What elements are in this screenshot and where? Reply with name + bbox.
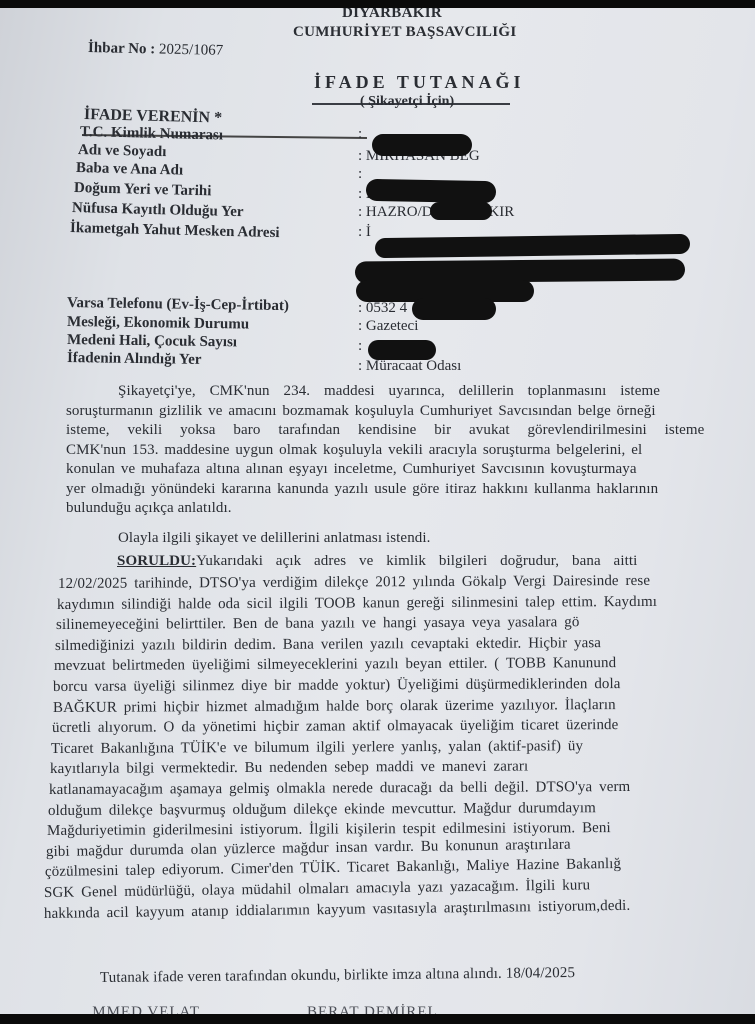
document-page: DİYARBAKIR CUMHURİYET BAŞSAVCILIĞI İhbar… xyxy=(0,8,755,1014)
field-label: T.C. Kimlik Numarası xyxy=(80,124,223,144)
statement-line: kayıtlarıyla bilgi vermektedir. Bu neden… xyxy=(50,759,528,779)
statement-line: olduğum dilekçe başvurmuş olduğum dilekç… xyxy=(48,800,596,820)
rights-line: yer olmadığı yönündeki kararına kanunda … xyxy=(66,481,658,498)
field-value: : xyxy=(358,126,362,143)
ihbar-value: 2025/1067 xyxy=(159,41,223,58)
field-label: Mesleği, Ekonomik Durumu xyxy=(67,314,249,334)
statement-line: SGK Genel müdürlüğü, olaya müdahil olmal… xyxy=(44,877,590,902)
ihbar-number: İhbar No : 2025/1067 xyxy=(88,40,223,60)
document-subtitle: ( Şikayetçi İçin) xyxy=(360,94,454,110)
signature-name-2: BERAT DEMİREL xyxy=(307,1004,438,1014)
redaction-address-line-1 xyxy=(375,234,690,258)
statement-line: mevzuat belirtmeden üyeliğimi silmeyecek… xyxy=(54,655,616,675)
field-value: : xyxy=(358,166,362,183)
field-label: İkametgah Yahut Mesken Adresi xyxy=(70,220,280,242)
statement-first-text: Yukarıdaki açık adres ve kimlik bilgiler… xyxy=(196,553,637,569)
statement-line: silinemeyeceğini belirttiler. Ben de ban… xyxy=(56,614,580,634)
redaction-birth-year xyxy=(430,202,492,220)
field-value: : Müracaat Odası xyxy=(358,358,461,375)
redaction-phone xyxy=(412,298,496,320)
statement-line: BAĞKUR primi hiçbir hizmet almadığım hal… xyxy=(53,697,616,717)
redaction-parents-names xyxy=(366,179,496,203)
rights-line: bulunduğu açıkça anlatıldı. xyxy=(66,500,232,517)
institution-line-2: CUMHURİYET BAŞSAVCILIĞI xyxy=(293,24,516,41)
rights-line: isteme, vekili yoksa baro tarafından ken… xyxy=(66,422,704,439)
statement-line: Ticaret Bakanlığına TÜİK'e ve bilumum il… xyxy=(51,738,583,758)
request-line: Olayla ilgili şikayet ve delillerini anl… xyxy=(118,530,431,547)
field-label: İfadenin Alındığı Yer xyxy=(67,350,202,369)
ihbar-label: İhbar No : xyxy=(88,40,156,57)
statement-line: ücretli alıyorum. O da yönetimi hiçbir z… xyxy=(52,717,618,737)
field-label: Medeni Hali, Çocuk Sayısı xyxy=(67,332,237,351)
field-value: : Gazeteci xyxy=(358,318,418,335)
rights-line: Şikayetçi'ye, CMK'nun 234. maddesi uyarı… xyxy=(118,383,660,400)
field-label: Varsa Telefonu (Ev-İş-Cep-İrtibat) xyxy=(67,295,289,315)
closing-line: Tutanak ifade veren tarafından okundu, b… xyxy=(100,965,575,987)
statement-line: silmediğinizi yazılı bildirin dedim. Ban… xyxy=(55,635,601,655)
rights-line: CMK'nun 153. maddesine uygun olmak koşul… xyxy=(66,442,642,459)
soruldu-label: SORULDU: xyxy=(117,553,196,569)
statement-line: kaydımın silindiği halde oda sicil ilgil… xyxy=(57,593,657,613)
signature-name-1: ...MMED VELAT xyxy=(78,1004,200,1014)
rights-line: konulan ve muhafaza altına alınan eşyayı… xyxy=(66,461,637,478)
document-title: İFADE TUTANAĞI xyxy=(314,72,525,93)
field-value: : xyxy=(358,338,362,355)
photo-border-bottom xyxy=(0,1014,755,1024)
field-value: : İ xyxy=(358,224,371,241)
statement-first-line: SORULDU:Yukarıdaki açık adres ve kimlik … xyxy=(117,553,637,570)
field-label: Baba ve Ana Adı xyxy=(76,160,184,180)
statement-line: hakkında acil kayyum atanıp iddialarımın… xyxy=(44,897,630,922)
redaction-marital-status xyxy=(368,340,436,360)
redaction-tc-number xyxy=(372,134,472,156)
field-label: Doğum Yeri ve Tarihi xyxy=(74,180,212,200)
rights-line: soruşturmanın gizlilik ve amacını bozmam… xyxy=(66,403,656,420)
statement-line: 12/02/2025 tarihinde, DTSO'ya verdiğim d… xyxy=(58,573,650,593)
statement-line: katlanamayacağım aşamaya gelmiş olmakla … xyxy=(49,779,630,799)
field-label: Nüfusa Kayıtlı Olduğu Yer xyxy=(72,200,244,221)
institution-line-1: DİYARBAKIR xyxy=(342,8,442,22)
field-value: : 0532 4 xyxy=(358,300,407,317)
field-label: Adı ve Soyadı xyxy=(78,142,167,161)
statement-line: borcu varsa üyeliği silinmez diye bir ma… xyxy=(53,676,621,696)
